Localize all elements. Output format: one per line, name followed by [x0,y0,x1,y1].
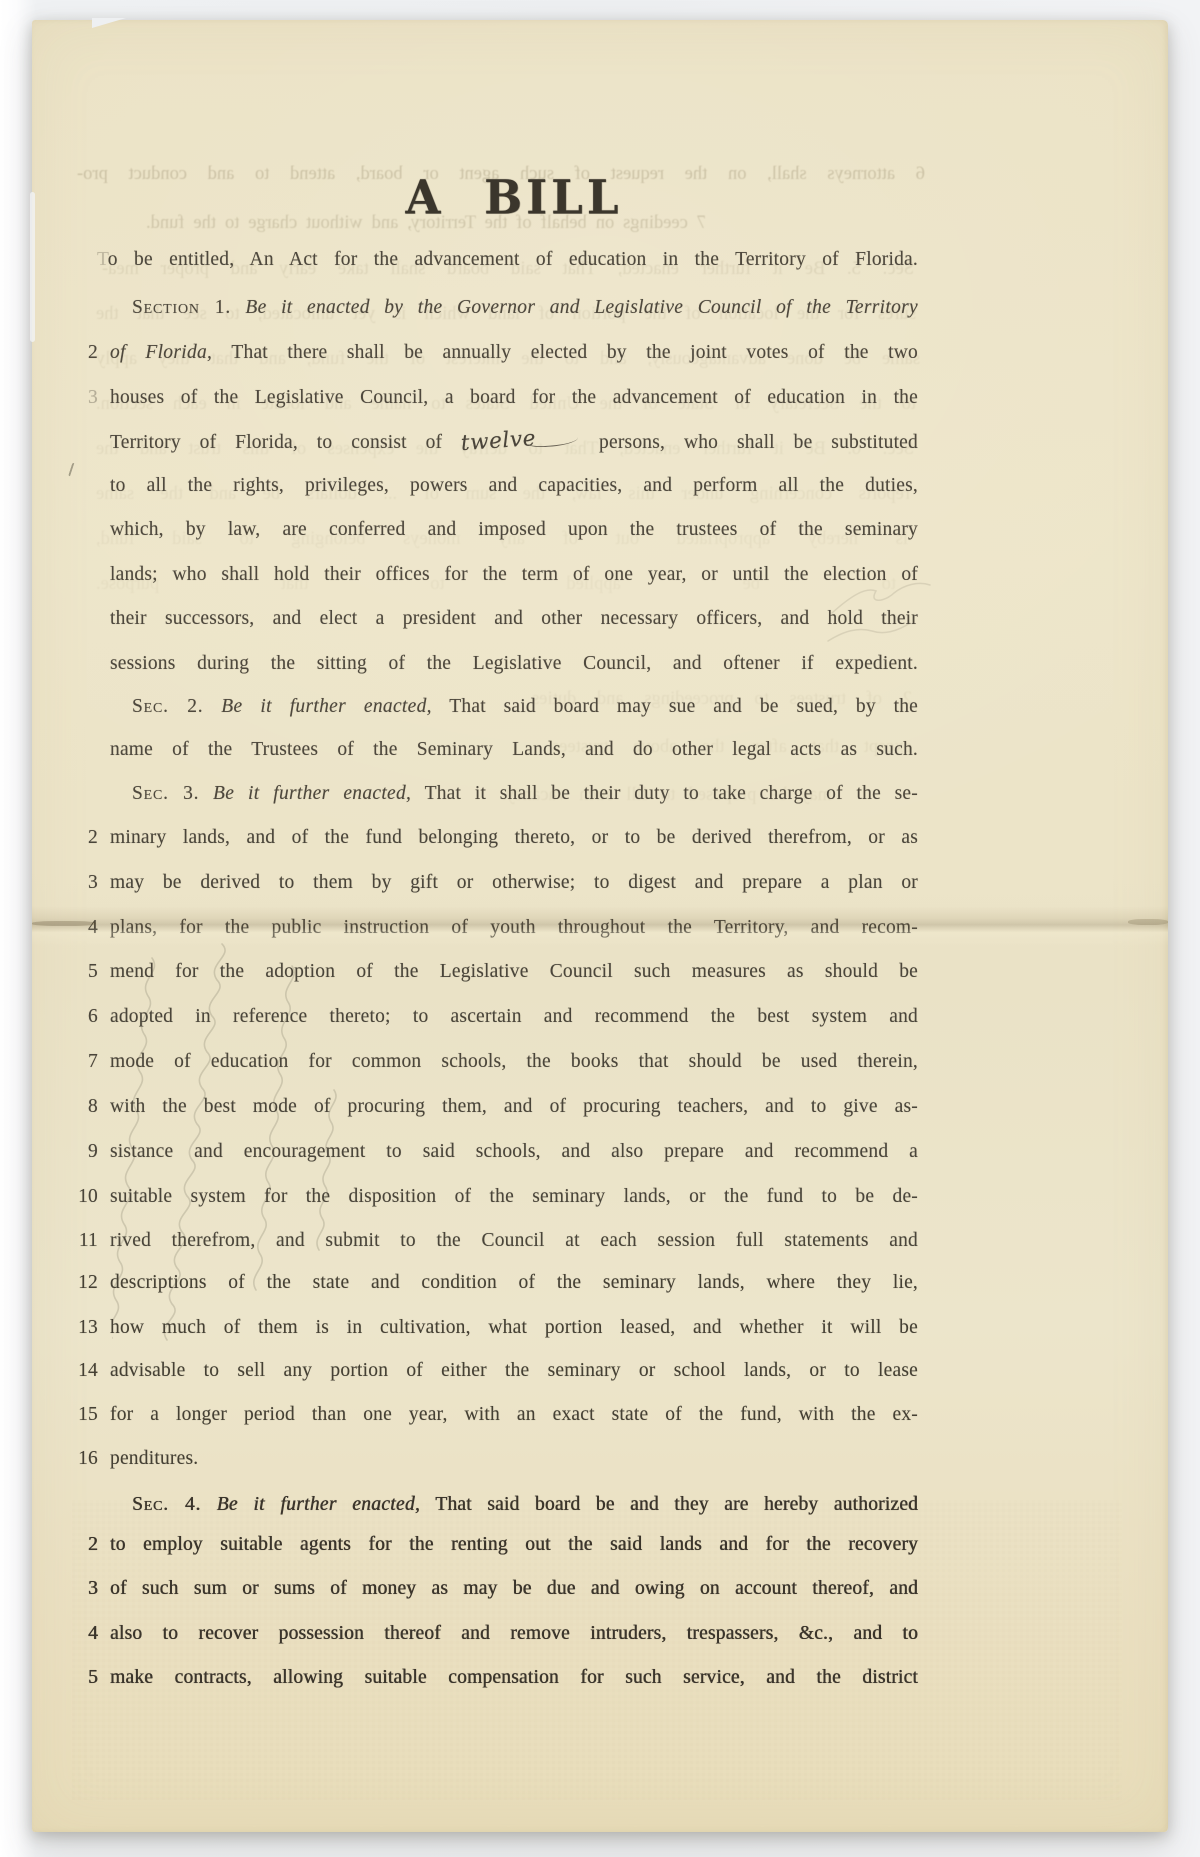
text-segment: That said board be and they are hereby a… [420,1494,918,1515]
text-segment: to all the rights, privileges, powers an… [110,475,918,496]
text-segment: which, by law, are conferred and imposed… [110,519,918,540]
paper-corner-fold [92,18,126,28]
text-segment: with the best mode of procuring them, an… [110,1096,918,1117]
text-segment [231,297,245,318]
text-line: Sec. 3. Be it further enacted, That it s… [132,782,918,806]
text-line: sessions during the sitting of the Legis… [110,652,918,676]
text-segment: make contracts, allowing suitable compen… [110,1667,918,1688]
text-segment: Sec. 2. [132,696,203,717]
bill-title: A BILL [110,173,918,223]
text-segment [199,783,213,804]
bill-paper: 6 attorneys shall, on the request of suc… [32,20,1168,1832]
text-line: 2of Florida, That there shall be annuall… [110,341,918,365]
line-number: 9 [88,1140,98,1164]
text-line: 2to employ suitable agents for the renti… [110,1533,918,1557]
text-line: 8with the best mode of procuring them, a… [110,1095,918,1119]
line-number: 15 [78,1403,98,1427]
text-segment: Be it further enacted, [221,696,432,717]
line-number: 14 [78,1359,98,1383]
line-number: 3 [88,386,98,410]
text-segment: also to recover possession thereof and r… [110,1623,918,1644]
text-segment: for a longer period than one year, with … [110,1404,918,1425]
text-segment: That there shall be annually elected by … [212,342,918,363]
line-number: 2 [88,1533,98,1557]
line-number: 4 [88,1622,98,1646]
text-segment: That said board may sue and be sued, by … [432,696,918,717]
line-number: 4 [88,916,98,940]
text-line: Sec. 2. Be it further enacted, That said… [132,695,918,719]
text-segment: minary lands, and of the fund belonging … [110,827,918,848]
text-segment: suitable system for the disposition of t… [110,1186,918,1207]
text-segment: sistance and encouragement to said schoo… [110,1141,918,1162]
text-segment: That it shall be their duty to take char… [411,783,918,804]
text-line: 16penditures. [110,1447,198,1471]
text-line: Sec. 4. Be it further enacted, That said… [132,1493,918,1517]
paper-edge-notch [30,192,35,342]
pencil-tick-mark [68,462,84,479]
text-line: 5make contracts, allowing suitable compe… [110,1666,918,1690]
line-number: 6 [88,1005,98,1029]
text-line: their successors, and elect a president … [110,607,918,631]
text-segment: descriptions of the state and condition … [110,1272,918,1293]
text-line: 2minary lands, and of the fund belonging… [110,826,918,850]
text-line: 4plans, for the public instruction of yo… [110,916,918,940]
text-segment: rived therefrom, and submit to the Counc… [110,1230,918,1251]
text-line: 4also to recover possession thereof and … [110,1622,918,1646]
text-line: 10suitable system for the disposition of… [110,1185,918,1209]
text-segment: o be entitled, An Act for the advancemen… [108,249,918,270]
text-line: lands; who shall hold their offices for … [110,563,918,587]
text-line: 13how much of them is in cultivation, wh… [110,1316,918,1340]
text-segment: lands; who shall hold their offices for … [110,564,918,585]
text-segment: Sec. 4. [132,1494,201,1515]
line-number: 2 [88,341,98,365]
text-segment: sessions during the sitting of the Legis… [110,653,918,674]
text-segment: Territory of Florida, to consist of [110,432,461,453]
line-number: 3 [88,871,98,895]
text-line: 7mode of education for common schools, t… [110,1050,918,1074]
text-line: Section 1. Be it enacted by the Governor… [132,296,918,320]
handwritten-word: twelve [460,424,581,456]
text-segment: Be it enacted by the Governor and Legisl… [245,297,918,318]
text-segment: adopted in reference thereto; to ascerta… [110,1006,918,1027]
text-segment [201,1494,216,1515]
line-number: 8 [88,1095,98,1119]
line-number: 5 [88,960,98,984]
text-segment: may be derived to them by gift or otherw… [110,872,918,893]
line-number: 3 [88,1577,98,1601]
text-line: 5mend for the adoption of the Legislativ… [110,960,918,984]
text-segment [203,696,221,717]
text-segment: name of the Trustees of the Seminary Lan… [110,739,918,760]
line-number: 11 [79,1229,98,1253]
text-line: 3of such sum or sums of money as may be … [110,1577,918,1601]
text-segment: houses of the Legislative Council, a boa… [110,387,918,408]
line-number: 13 [78,1316,98,1340]
text-segment: mend for the adoption of the Legislative… [110,961,918,982]
text-line: 12descriptions of the state and conditio… [110,1271,918,1295]
text-segment: penditures. [110,1448,198,1469]
text-segment: plans, for the public instruction of you… [110,917,918,938]
text-segment: of such sum or sums of money as may be d… [110,1578,918,1599]
text-line: 15for a longer period than one year, wit… [110,1403,918,1427]
text-segment: to employ suitable agents for the rentin… [110,1534,918,1555]
text-line: Territory of Florida, to consist of twel… [110,430,918,455]
line-number: 16 [78,1447,98,1471]
line-number: 7 [88,1050,98,1074]
line-number: 12 [78,1271,98,1295]
line-number: 10 [78,1185,98,1209]
text-line: 6adopted in reference thereto; to ascert… [110,1005,918,1029]
text-segment: Be it further enacted, [217,1494,421,1515]
text-segment: T [97,249,108,270]
text-segment: mode of education for common schools, th… [110,1051,918,1072]
text-line: which, by law, are conferred and imposed… [110,518,918,542]
text-line: name of the Trustees of the Seminary Lan… [110,738,918,762]
text-segment: Section 1. [132,297,231,318]
text-line: to all the rights, privileges, powers an… [110,474,918,498]
text-segment: persons, who shall be substituted [580,432,918,453]
text-line: 3may be derived to them by gift or other… [110,871,918,895]
text-segment: Sec. 3. [132,783,199,804]
text-line: 9sistance and encouragement to said scho… [110,1140,918,1164]
text-segment: Be it further enacted, [213,783,411,804]
text-segment: of Florida, [110,342,212,363]
text-line: 3houses of the Legislative Council, a bo… [110,386,918,410]
text-segment: their successors, and elect a president … [110,608,918,629]
line-number: 2 [88,826,98,850]
text-line: To be entitled, An Act for the advanceme… [97,248,918,272]
line-number: 5 [88,1666,98,1690]
text-segment: advisable to sell any portion of either … [110,1360,918,1381]
text-line: 14advisable to sell any portion of eithe… [110,1359,918,1383]
text-line: 11rived therefrom, and submit to the Cou… [110,1229,918,1253]
text-segment: how much of them is in cultivation, what… [110,1317,918,1338]
